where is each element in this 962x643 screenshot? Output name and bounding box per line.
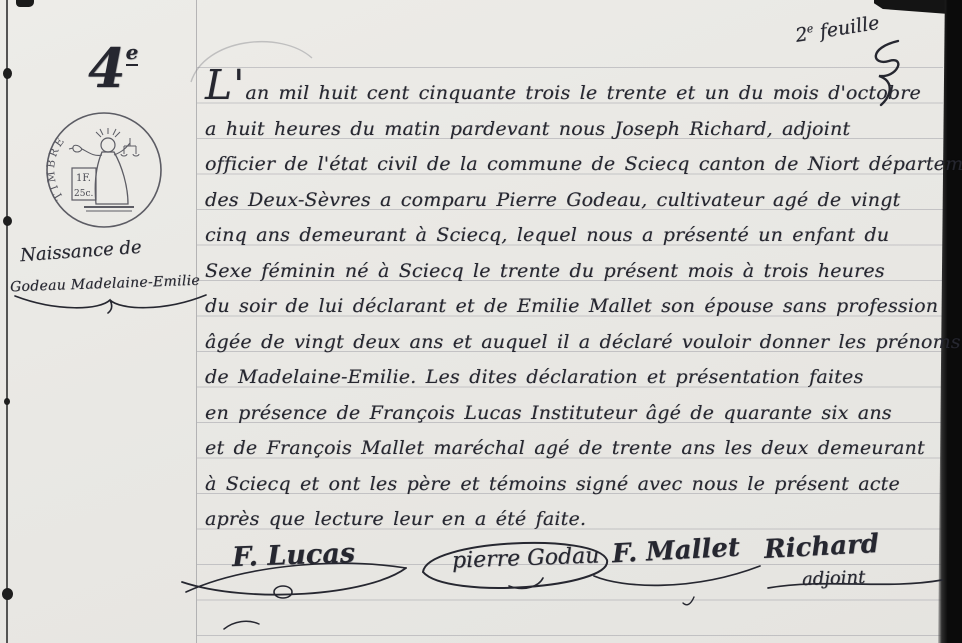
stamp-value-franc: 1F. — [76, 173, 91, 184]
signature-mallet-flourish — [592, 562, 762, 592]
act-line: du soir de lui déclarant et de Emilie Ma… — [205, 289, 945, 325]
act-line: L'an mil huit cent cinquante trois le tr… — [205, 76, 945, 112]
signature-richard: Richard — [763, 529, 879, 565]
act-line: cinq ans demeurant à Sciecq, lequel nous… — [205, 218, 945, 254]
act-line: et de François Mallet maréchal agé de tr… — [205, 431, 945, 467]
revenue-stamp-icon: TIMBRE 1F. 25c. — [42, 108, 166, 232]
binding-stitch-dot — [2, 588, 13, 600]
signature-godeau: pierre Godau — [452, 543, 600, 573]
act-line: à Sciecq et ont les père et témoins sign… — [205, 467, 945, 503]
margin-rule — [196, 0, 197, 643]
act-line: a huit heures du matin pardevant nous Jo… — [205, 112, 945, 148]
binding-stitch-dot — [3, 216, 12, 226]
margin-note-underbrace — [12, 292, 210, 316]
act-number: 4e — [88, 36, 138, 100]
act-number-value: 4 — [88, 36, 126, 100]
act-line: officier de l'état civil de la commune d… — [205, 147, 945, 183]
register-page-scan: 2e feuille 4e TIMBRE 1F. 25c. — [0, 0, 962, 643]
revenue-stamp: TIMBRE 1F. 25c. — [42, 108, 166, 236]
act-line: des Deux-Sèvres a comparu Pierre Godeau,… — [205, 183, 945, 219]
scan-corner-mark — [16, 0, 34, 7]
binding-stitch-dot — [4, 398, 10, 405]
stamp-value-cent: 25c. — [74, 189, 93, 199]
ink-mark — [222, 618, 262, 632]
signature-richard-underline — [766, 576, 946, 592]
act-line: Sexe féminin né à Sciecq le trente du pr… — [205, 254, 945, 290]
act-line: de Madelaine-Emilie. Les dites déclarati… — [205, 360, 945, 396]
margin-note-title: Naissance de — [19, 237, 142, 266]
signature-lucas-flourish — [178, 560, 414, 604]
sheet-number-suffix: e — [806, 22, 814, 36]
binding-stitch-dot — [3, 68, 12, 79]
act-line: en présence de François Lucas Instituteu… — [205, 396, 945, 432]
act-line: âgée de vingt deux ans et auquel il a dé… — [205, 325, 945, 361]
binding-edge — [6, 0, 8, 643]
act-number-suffix: e — [126, 40, 139, 66]
ink-mark — [682, 596, 700, 608]
act-body-text: L'an mil huit cent cinquante trois le tr… — [205, 76, 945, 538]
